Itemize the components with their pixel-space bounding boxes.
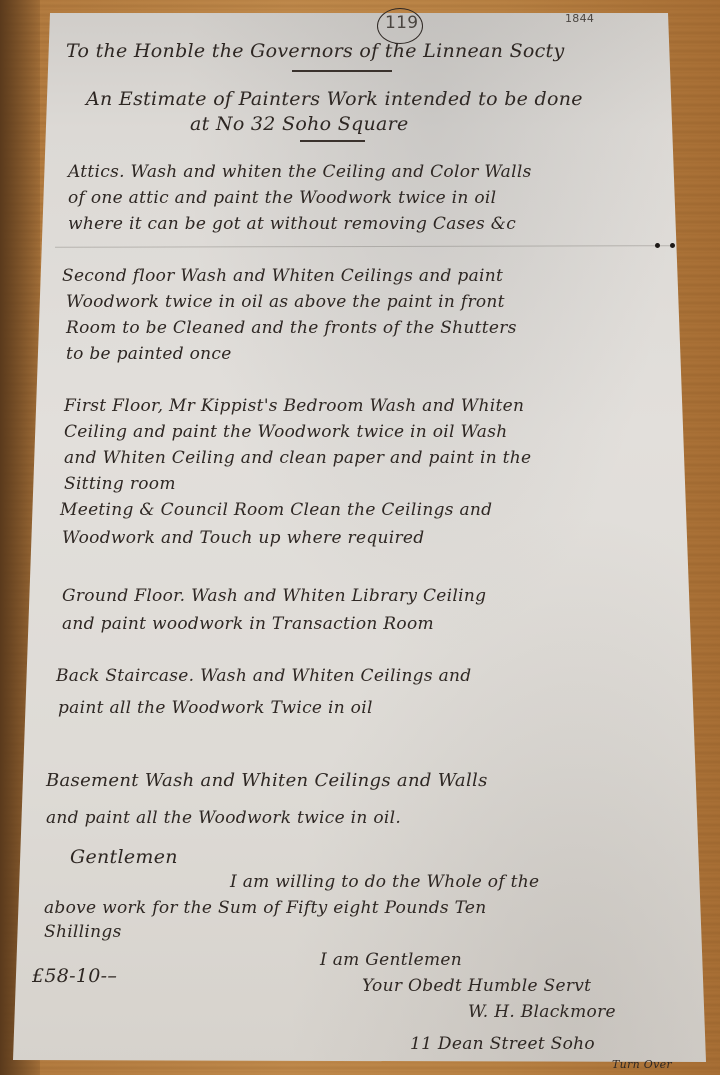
offer-line-2: above work for the Sum of Fifty eight Po… xyxy=(44,898,487,918)
offer-line-1: I am willing to do the Whole of the xyxy=(230,872,539,892)
amount-total: £58-10-– xyxy=(32,965,117,987)
year-annotation: 1844 xyxy=(565,12,594,25)
title-rule xyxy=(292,70,392,72)
closing-line-1: I am Gentlemen xyxy=(320,950,462,970)
second-floor-line-2: Woodwork twice in oil as above the paint… xyxy=(66,292,505,312)
pin-hole xyxy=(655,243,660,248)
addressee-line: To the Honble the Governors of the Linne… xyxy=(66,40,565,62)
estimate-address: at No 32 Soho Square xyxy=(190,113,409,135)
sender-address: 11 Dean Street Soho xyxy=(410,1034,595,1054)
address-rule xyxy=(300,140,365,142)
folio-number: 119 xyxy=(385,13,418,33)
signature: W. H. Blackmore xyxy=(468,1002,616,1022)
offer-line-3: Shillings xyxy=(44,922,122,942)
ground-floor-line-2: and paint woodwork in Transaction Room xyxy=(62,614,434,634)
second-floor-line-4: to be painted once xyxy=(66,344,232,364)
council-room-line-2: Woodwork and Touch up where required xyxy=(62,528,424,548)
back-staircase-line-1: Back Staircase. Wash and Whiten Ceilings… xyxy=(56,666,471,686)
closing-line-2: Your Obedt Humble Servt xyxy=(362,976,591,996)
pin-hole xyxy=(670,243,675,248)
turn-over-note: Turn Over xyxy=(612,1058,672,1071)
second-floor-line-1: Second floor Wash and Whiten Ceilings an… xyxy=(62,266,503,286)
basement-line-2: and paint all the Woodwork twice in oil. xyxy=(46,808,401,828)
attics-line-1: Attics. Wash and whiten the Ceiling and … xyxy=(68,162,532,182)
first-floor-line-2: Ceiling and paint the Woodwork twice in … xyxy=(64,422,507,442)
attics-line-2: of one attic and paint the Woodwork twic… xyxy=(68,188,496,208)
first-floor-line-4: Sitting room xyxy=(64,474,176,494)
council-room-line-1: Meeting & Council Room Clean the Ceiling… xyxy=(60,500,492,520)
basement-line-1: Basement Wash and Whiten Ceilings and Wa… xyxy=(46,770,488,791)
estimate-title: An Estimate of Painters Work intended to… xyxy=(86,88,583,110)
first-floor-line-3: and Whiten Ceiling and clean paper and p… xyxy=(64,448,531,468)
first-floor-line-1: First Floor, Mr Kippist's Bedroom Wash a… xyxy=(64,396,524,416)
ground-floor-line-1: Ground Floor. Wash and Whiten Library Ce… xyxy=(62,586,486,606)
attics-line-3: where it can be got at without removing … xyxy=(68,214,516,234)
back-staircase-line-2: paint all the Woodwork Twice in oil xyxy=(58,698,373,718)
salutation: Gentlemen xyxy=(70,846,178,868)
second-floor-line-3: Room to be Cleaned and the fronts of the… xyxy=(66,318,517,338)
